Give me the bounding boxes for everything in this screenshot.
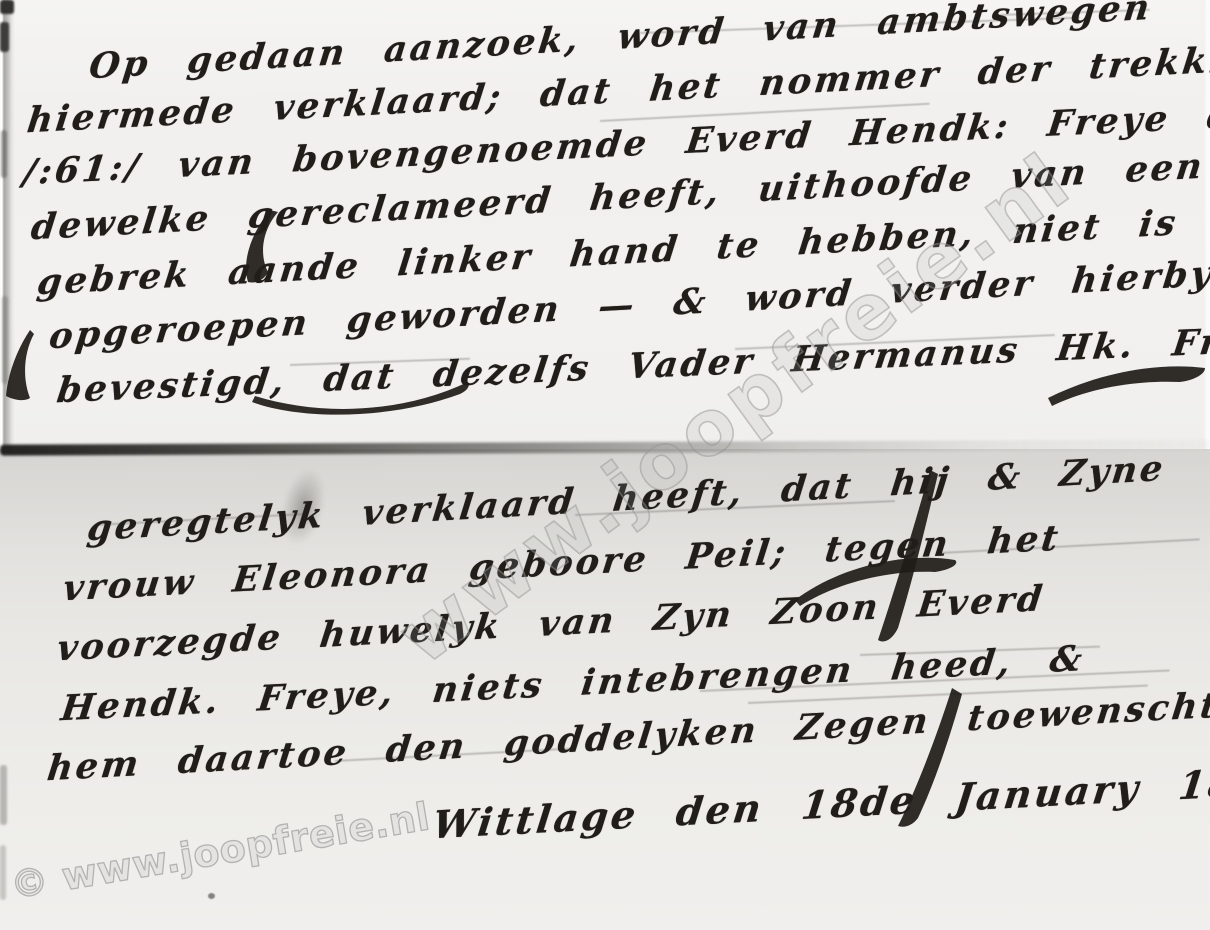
edge-blemish <box>0 765 7 825</box>
edge-blemish <box>1 130 7 178</box>
ink-speck <box>208 893 215 899</box>
edge-blemish <box>0 0 14 14</box>
edge-blemish <box>2 296 8 384</box>
edge-blemish <box>0 22 9 52</box>
scanned-document: Op gedaan aanzoek, word van ambtswegen h… <box>0 0 1210 930</box>
edge-blemish <box>0 845 6 900</box>
